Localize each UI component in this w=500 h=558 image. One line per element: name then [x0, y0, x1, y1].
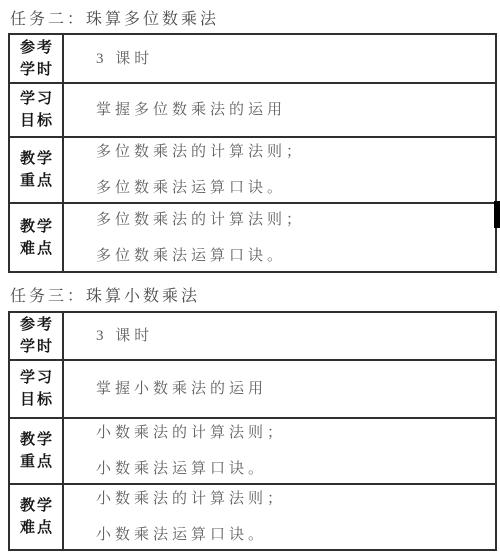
label-line: 教学: [18, 429, 54, 451]
label-line: 学习: [18, 367, 54, 389]
table-row-learning-goal: 学习 目标 掌握多位数乘法的运用: [10, 84, 495, 138]
row-content: 掌握多位数乘法的运用: [64, 84, 495, 136]
label-line: 参考: [18, 37, 54, 59]
content-line: 3 课时: [96, 51, 495, 67]
row-content: 3 课时: [64, 35, 495, 82]
label-line: 目标: [18, 389, 54, 411]
content-line: 掌握小数乘法的运用: [96, 381, 495, 397]
row-label: 参考 学时: [10, 313, 64, 359]
row-content: 小数乘法的计算法则； 小数乘法运算口诀。: [64, 419, 495, 483]
table-row-learning-goal: 学习 目标 掌握小数乘法的运用: [10, 361, 495, 419]
row-label: 教学 重点: [10, 138, 64, 202]
label-line: 目标: [18, 110, 54, 132]
row-label: 学习 目标: [10, 84, 64, 136]
label-line: 难点: [18, 238, 54, 260]
row-label: 学习 目标: [10, 361, 64, 417]
row-content: 多位数乘法的计算法则； 多位数乘法运算口诀。: [64, 204, 495, 271]
content-line: 多位数乘法的计算法则；: [96, 144, 495, 160]
section-title-task2: 任务二：珠算多位数乘法: [10, 6, 219, 29]
label-line: 难点: [18, 517, 54, 539]
row-content: 小数乘法的计算法则； 小数乘法运算口诀。: [64, 485, 495, 549]
label-line: 学习: [18, 88, 54, 110]
table-row-teaching-focus: 教学 重点 小数乘法的计算法则； 小数乘法运算口诀。: [10, 419, 495, 485]
label-line: 重点: [18, 170, 54, 192]
table-row-reference-hours: 参考 学时 3 课时: [10, 35, 495, 84]
label-line: 教学: [18, 495, 54, 517]
table-row-teaching-difficulty: 教学 难点 多位数乘法的计算法则； 多位数乘法运算口诀。: [10, 204, 495, 271]
label-line: 参考: [18, 314, 54, 336]
row-label: 参考 学时: [10, 35, 64, 82]
section-title-task3: 任务三：珠算小数乘法: [10, 283, 200, 306]
row-label: 教学 难点: [10, 204, 64, 271]
content-line: 多位数乘法运算口诀。: [96, 248, 495, 264]
label-line: 学时: [18, 336, 54, 358]
document-page: 任务二：珠算多位数乘法 参考 学时 3 课时 学习 目标 掌握多位数乘法的运用 …: [0, 0, 500, 558]
content-line: 小数乘法运算口诀。: [96, 527, 495, 543]
row-content: 多位数乘法的计算法则； 多位数乘法运算口诀。: [64, 138, 495, 202]
content-line: 小数乘法运算口诀。: [96, 461, 495, 477]
task2-table: 参考 学时 3 课时 学习 目标 掌握多位数乘法的运用 教学 重点 多位数乘法的…: [8, 33, 497, 273]
label-line: 教学: [18, 148, 54, 170]
table-row-teaching-focus: 教学 重点 多位数乘法的计算法则； 多位数乘法运算口诀。: [10, 138, 495, 204]
row-content: 3 课时: [64, 313, 495, 359]
row-label: 教学 重点: [10, 419, 64, 483]
content-line: 小数乘法的计算法则；: [96, 425, 495, 441]
row-label: 教学 难点: [10, 485, 64, 549]
row-content: 掌握小数乘法的运用: [64, 361, 495, 417]
scan-artifact-mark: [494, 201, 500, 228]
content-line: 3 课时: [96, 328, 495, 344]
label-line: 教学: [18, 216, 54, 238]
label-line: 重点: [18, 451, 54, 473]
task3-table: 参考 学时 3 课时 学习 目标 掌握小数乘法的运用 教学 重点 小数乘法的计算…: [8, 311, 497, 551]
content-line: 多位数乘法运算口诀。: [96, 180, 495, 196]
table-row-teaching-difficulty: 教学 难点 小数乘法的计算法则； 小数乘法运算口诀。: [10, 485, 495, 549]
table-row-reference-hours: 参考 学时 3 课时: [10, 313, 495, 361]
label-line: 学时: [18, 59, 54, 81]
content-line: 小数乘法的计算法则；: [96, 491, 495, 507]
content-line: 掌握多位数乘法的运用: [96, 102, 495, 118]
content-line: 多位数乘法的计算法则；: [96, 212, 495, 228]
